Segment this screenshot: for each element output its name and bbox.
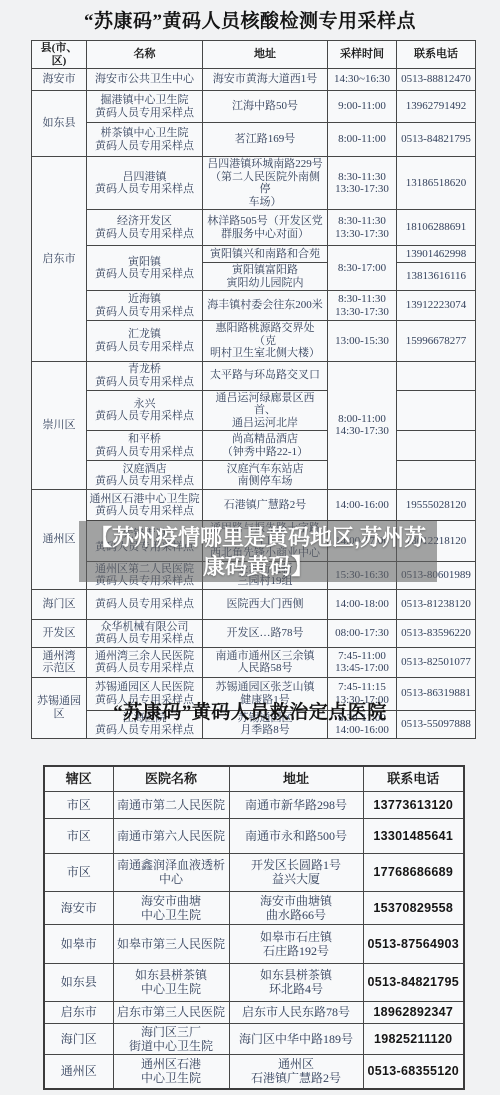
table-cell: 8:00-11:00 14:30-17:30 [328, 361, 397, 490]
table-cell: 南通市永和路500号 [229, 818, 363, 853]
table-cell: 如皋市第三人民医院 [113, 924, 229, 963]
table-cell: 寅阳镇兴和南路和合苑 [203, 246, 328, 263]
table-cell: 海安市黄海大道西1号 [203, 69, 328, 91]
table-cell: 9:00-11:00 [328, 91, 397, 123]
sampling-points-table: 县(市、区)名称地址采样时间联系电话海安市海安市公共卫生中心海安市黄海大道西1号… [31, 40, 476, 739]
table-cell: 南通市第二人民医院 [113, 791, 229, 818]
table-cell: 医院西大门西侧 [203, 589, 328, 619]
table-cell: 如皋市石庄镇 石庄路192号 [229, 924, 363, 963]
table-cell: 0513-82501077 [397, 647, 476, 677]
table-cell: 江海中路50号 [203, 91, 328, 123]
table-cell: 0513-81238120 [397, 589, 476, 619]
table-cell: 南通市第六人民医院 [113, 818, 229, 853]
table-cell: 开发区长圆路1号 益兴大厦 [229, 853, 363, 891]
table-cell: 栟茶镇中心卫生院 黄码人员专用采样点 [87, 123, 203, 157]
document-page: “苏康码”黄码人员核酸检测专用采样点 县(市、区)名称地址采样时间联系电话海安市… [0, 0, 500, 1095]
table-cell: 15370829558 [363, 891, 464, 924]
column-header: 联系电话 [363, 766, 464, 791]
table-cell: 0513-87564903 [363, 924, 464, 963]
table-cell: 尚高精品酒店 （钟秀中路22-1） [203, 431, 328, 461]
table-cell: 14:00-16:00 [328, 490, 397, 521]
column-header: 联系电话 [397, 41, 476, 69]
table-cell: 众华机械有限公司 黄码人员专用采样点 [87, 619, 203, 647]
table-cell: 青龙桥 黄码人员专用采样点 [87, 361, 203, 390]
table-cell: 如东县 [44, 963, 113, 1001]
table-cell: 8:30-11:30 13:30-17:30 [328, 157, 397, 210]
table-cell: 如东县 [32, 91, 87, 157]
watermark-text: 【苏州疫情哪里是黄码地区,苏州苏康码黄码】 [79, 523, 437, 581]
table-cell: 经济开发区 黄码人员专用采样点 [87, 210, 203, 246]
table-cell: 石港镇广慧路2号 [203, 490, 328, 521]
column-header: 采样时间 [328, 41, 397, 69]
column-header: 辖区 [44, 766, 113, 791]
table-cell: 13962791492 [397, 91, 476, 123]
table-cell: 通州湾三余人民医院 黄码人员专用采样点 [87, 647, 203, 677]
table-cell: 通州区 石港镇广慧路2号 [229, 1054, 363, 1089]
table-cell [397, 431, 476, 461]
table-cell: 13773613120 [363, 791, 464, 818]
table-cell: 永兴 黄码人员专用采样点 [87, 390, 203, 431]
table-cell: 通州区石港 中心卫生院 [113, 1054, 229, 1089]
table-cell: 启东市人民东路78号 [229, 1001, 363, 1023]
table-cell: 海丰镇村委会往东200米 [203, 291, 328, 321]
table-cell: 13301485641 [363, 818, 464, 853]
table-cell: 吕四港镇 黄码人员专用采样点 [87, 157, 203, 210]
table-cell: 掘港镇中心卫生院 黄码人员专用采样点 [87, 91, 203, 123]
table-cell: 08:00-17:30 [328, 619, 397, 647]
table-cell: 0513-88812470 [397, 69, 476, 91]
table-cell: 13186518620 [397, 157, 476, 210]
table-cell: 7:45-11:00 13:45-17:00 [328, 647, 397, 677]
table-cell: 8:30-17:00 [328, 246, 397, 291]
table-cell: 近海镇 黄码人员专用采样点 [87, 291, 203, 321]
table-cell: 0513-68355120 [363, 1054, 464, 1089]
table-cell: 通州区石港中心卫生院 黄码人员专用采样点 [87, 490, 203, 521]
table-cell [397, 361, 476, 390]
table-cell: 如皋市 [44, 924, 113, 963]
table-cell: 海门区三厂 街道中心卫生院 [113, 1023, 229, 1054]
table-cell: 开发区 [32, 619, 87, 647]
table-cell: 汉庭酒店 黄码人员专用采样点 [87, 461, 203, 490]
table-cell: 启东市 [32, 157, 87, 362]
table-cell: 13:00-15:30 [328, 321, 397, 362]
hospital-table-title: “苏康码”黄码人员救治定点医院 [0, 697, 500, 724]
table-cell: 太平路与环岛路交叉口 [203, 361, 328, 390]
table-cell: 和平桥 黄码人员专用采样点 [87, 431, 203, 461]
table-cell: 市区 [44, 818, 113, 853]
column-header: 地址 [229, 766, 363, 791]
column-header: 县(市、区) [32, 41, 87, 69]
watermark-overlay: 【苏州疫情哪里是黄码地区,苏州苏康码黄码】 [79, 521, 437, 582]
table-cell: 如东县栟茶镇 环北路4号 [229, 963, 363, 1001]
table-cell [397, 461, 476, 490]
table-cell: 通州区 [44, 1054, 113, 1089]
table-cell: 0513-83596220 [397, 619, 476, 647]
table-cell: 南通鑫润泽血液透析 中心 [113, 853, 229, 891]
table-cell: 吕四港镇环城南路229号 （第二人民医院外南侧停 车场） [203, 157, 328, 210]
table-cell: 寅阳镇富阳路 寅阳幼儿园院内 [203, 263, 328, 291]
table-cell: 17768686689 [363, 853, 464, 891]
table-cell: 海安市公共卫生中心 [87, 69, 203, 91]
column-header: 名称 [87, 41, 203, 69]
table-cell [397, 390, 476, 431]
column-header: 地址 [203, 41, 328, 69]
table-cell: 南通市通州区三余镇 人民路58号 [203, 647, 328, 677]
table-cell: 惠阳路桃源路交界处（克 明村卫生室北侧大楼） [203, 321, 328, 362]
table-cell: 18962892347 [363, 1001, 464, 1023]
table-cell: 海安市 [44, 891, 113, 924]
table-cell: 8:00-11:00 [328, 123, 397, 157]
table-cell: 启东市第三人民医院 [113, 1001, 229, 1023]
table-cell: 海安市 [32, 69, 87, 91]
table-cell: 林洋路505号（开发区党 群服务中心对面） [203, 210, 328, 246]
table-cell: 南通市新华路298号 [229, 791, 363, 818]
table-cell: 8:30-11:30 13:30-17:30 [328, 291, 397, 321]
table-cell: 13901462998 [397, 246, 476, 263]
table-cell: 寅阳镇 黄码人员专用采样点 [87, 246, 203, 291]
table-cell: 海门区 [32, 589, 87, 619]
table-cell: 14:30~16:30 [328, 69, 397, 91]
table-cell: 19825211120 [363, 1023, 464, 1054]
table-cell: 14:00-18:00 [328, 589, 397, 619]
table-cell: 市区 [44, 791, 113, 818]
table-cell: 崇川区 [32, 361, 87, 490]
table-cell: 18106288691 [397, 210, 476, 246]
table-cell: 开发区…路78号 [203, 619, 328, 647]
table-cell: 0513-84821795 [363, 963, 464, 1001]
table-cell: 0513-84821795 [397, 123, 476, 157]
table-cell: 通吕运河绿廊景区西首、 通吕运河北岸 [203, 390, 328, 431]
designated-hospitals-table: 辖区医院名称地址联系电话市区南通市第二人民医院南通市新华路298号1377361… [43, 765, 465, 1090]
table-cell: 汉庭汽车东站店 南侧停车场 [203, 461, 328, 490]
table-cell: 15996678277 [397, 321, 476, 362]
table-cell: 海安市曲塘镇 曲水路66号 [229, 891, 363, 924]
table-cell: 19555028120 [397, 490, 476, 521]
table-cell: 启东市 [44, 1001, 113, 1023]
table-cell: 海门区 [44, 1023, 113, 1054]
table-cell: 通州湾 示范区 [32, 647, 87, 677]
table-cell: 市区 [44, 853, 113, 891]
table-cell: 海门区中华中路189号 [229, 1023, 363, 1054]
column-header: 医院名称 [113, 766, 229, 791]
table-cell: 汇龙镇 黄码人员专用采样点 [87, 321, 203, 362]
table-cell: 海安市曲塘 中心卫生院 [113, 891, 229, 924]
sampling-table-title: “苏康码”黄码人员核酸检测专用采样点 [0, 6, 500, 33]
table-cell: 茗江路169号 [203, 123, 328, 157]
table-cell: 黄码人员专用采样点 [87, 589, 203, 619]
table-cell: 13912223074 [397, 291, 476, 321]
table-cell: 如东县栟茶镇 中心卫生院 [113, 963, 229, 1001]
table-cell: 8:30-11:30 13:30-17:30 [328, 210, 397, 246]
table-cell: 13813616116 [397, 263, 476, 291]
